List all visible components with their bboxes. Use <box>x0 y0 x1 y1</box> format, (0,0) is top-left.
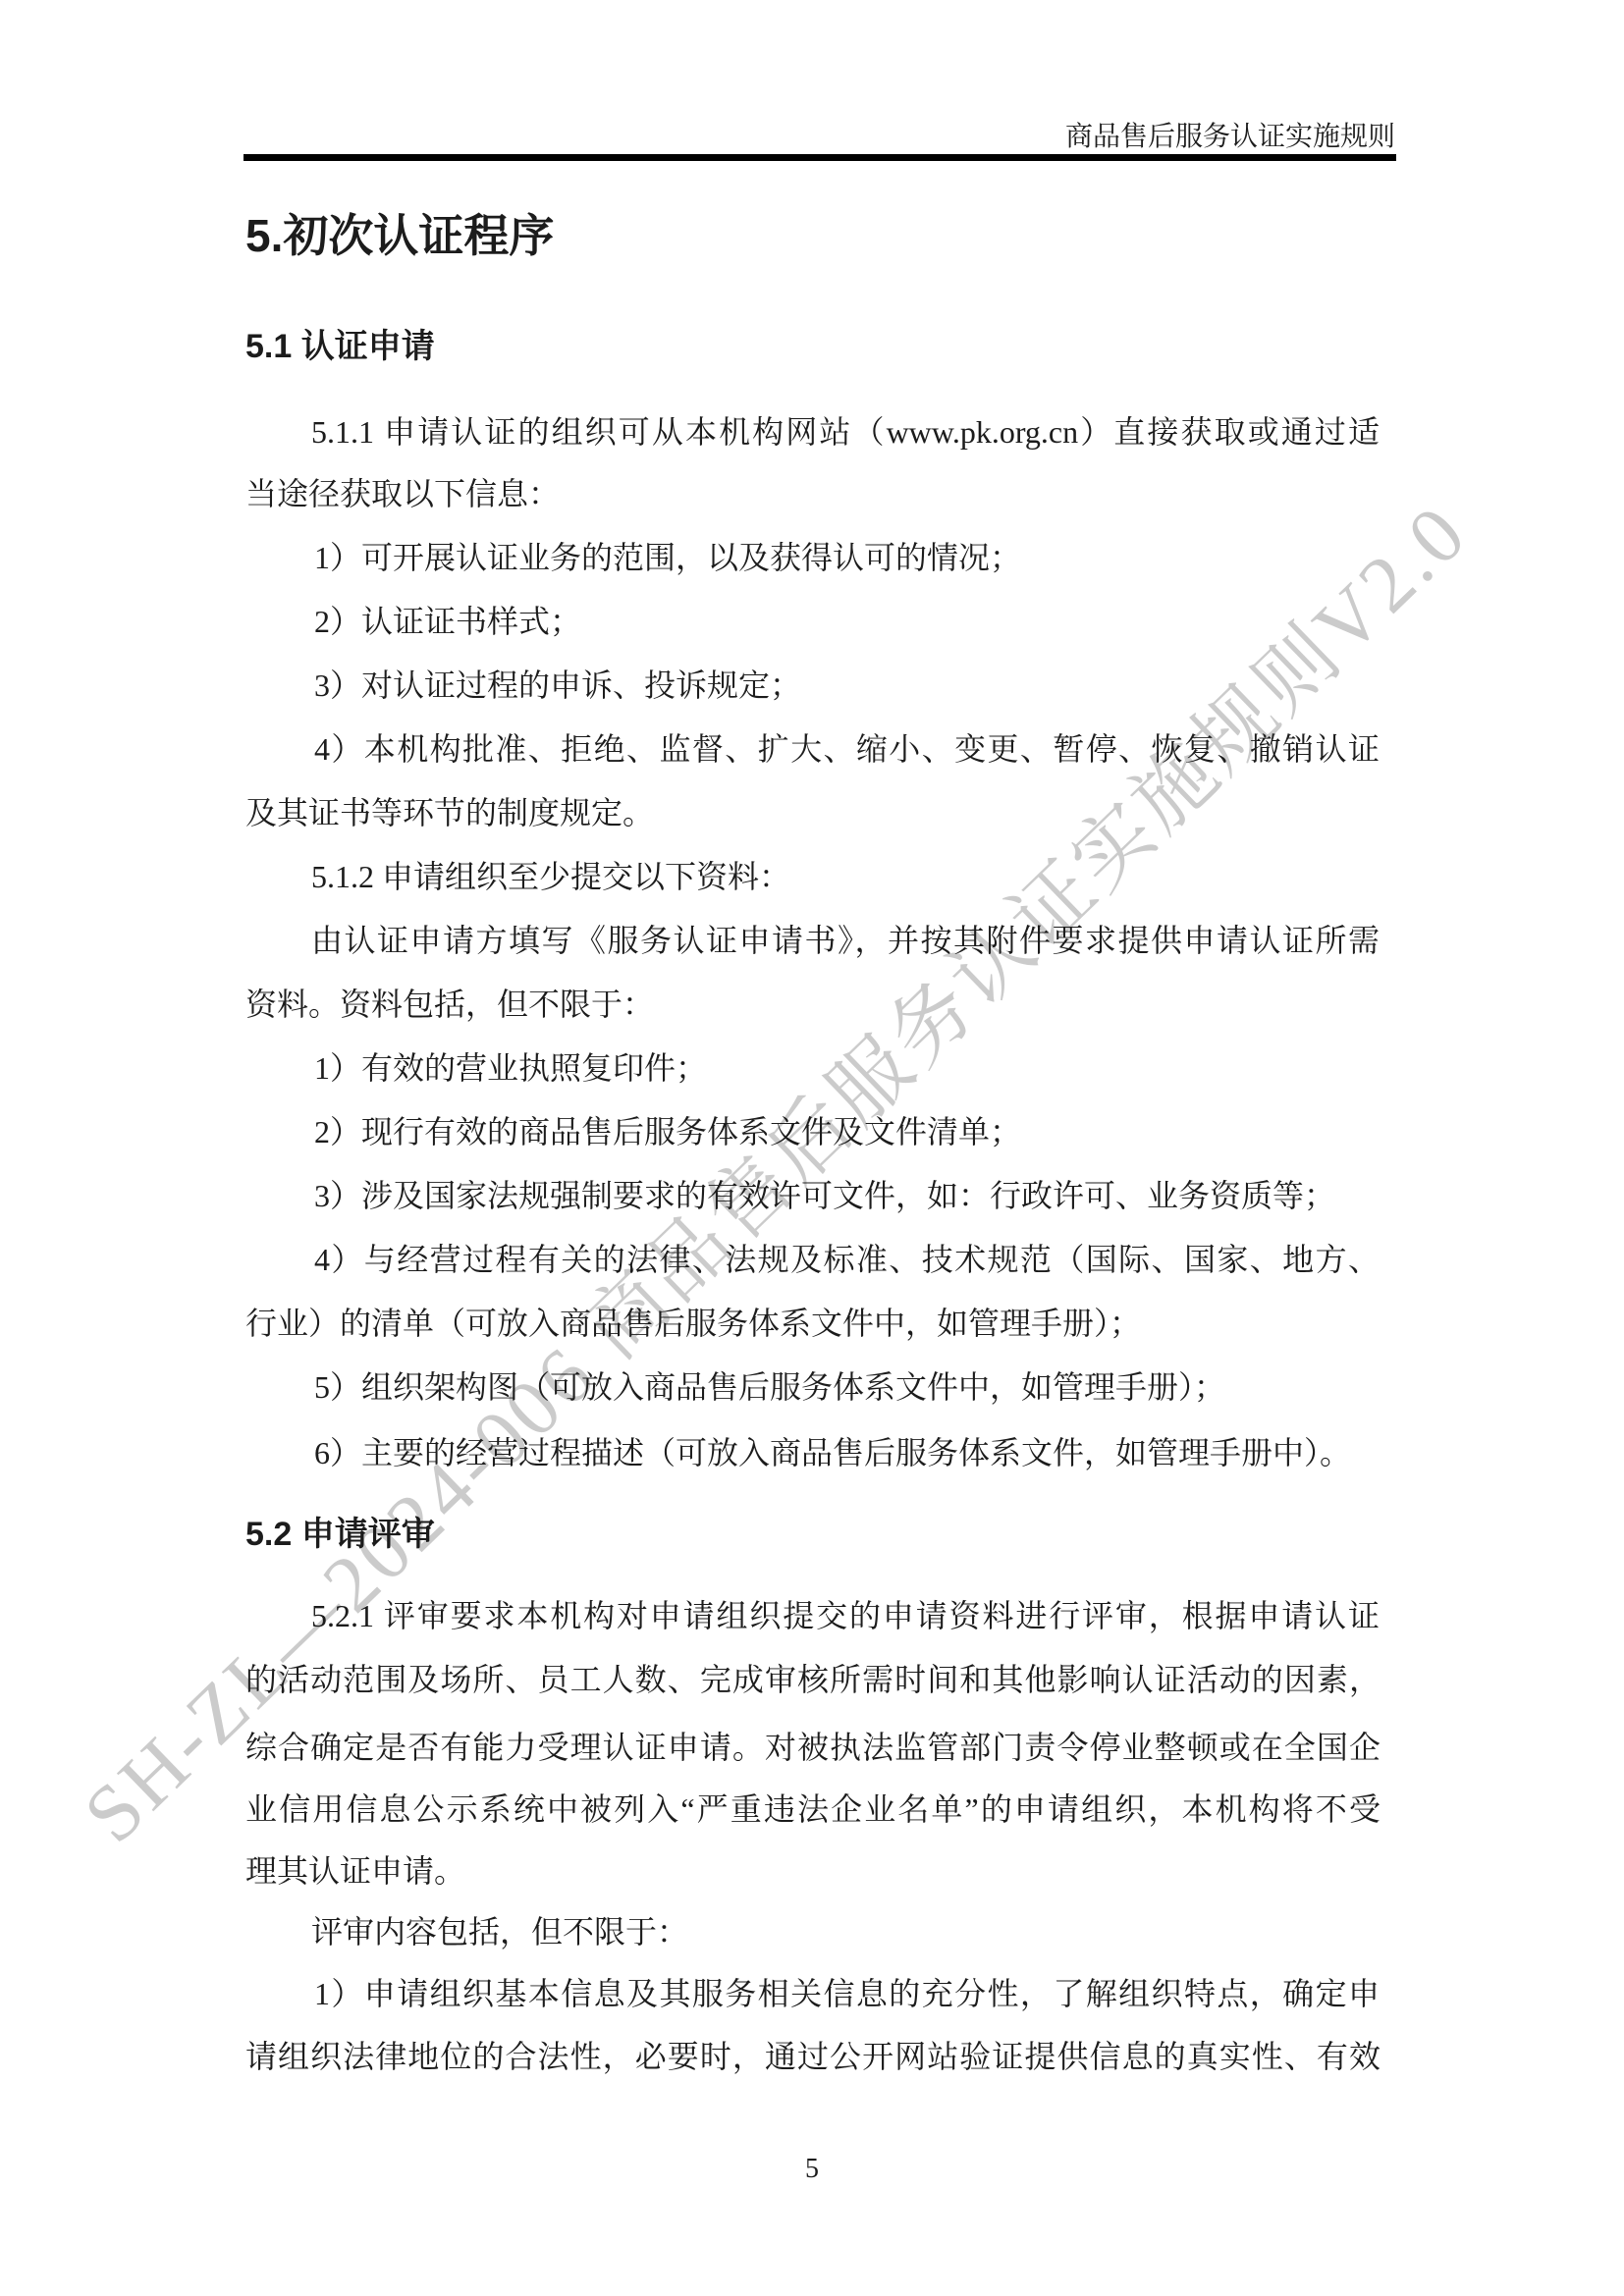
item-5-1-1-2: 2）认证证书样式； <box>314 603 581 640</box>
item-5-1-2-3: 3）涉及国家法规强制要求的有效许可文件，如：行政许可、业务资质等； <box>314 1177 1335 1214</box>
item-5-1-1-3: 3）对认证过程的申诉、投诉规定； <box>314 667 801 704</box>
para-review-content-intro: 评审内容包括，但不限于： <box>311 1913 688 1950</box>
document-page: { "header": { "title": "商品售后服务认证实施规则" },… <box>0 0 1624 2296</box>
section-5-2-heading: 5.2 申请评审 <box>245 1515 435 1554</box>
page: SH-ZL—2024-006 商品售后服务认证实施规则V2.0 商品售后服务认证… <box>0 0 1624 2296</box>
page-header-title: 商品售后服务认证实施规则 <box>244 122 1395 153</box>
para-5-2-1-line-4: 业信用信息公示系统中被列入“严重违法企业名单”的申请组织，本机构将不受 <box>245 1790 1380 1828</box>
item-5-1-2-5: 5）组织架构图（可放入商品售后服务体系文件中，如管理手册）； <box>314 1368 1225 1406</box>
section-5-1-heading: 5.1 认证申请 <box>245 327 435 366</box>
item-review-1-line-1: 1）申请组织基本信息及其服务相关信息的充分性，了解组织特点，确定申 <box>314 1975 1380 2012</box>
chapter-title: 5.初次认证程序 <box>245 210 554 261</box>
para-5-1-1-line-1: 5.1.1 申请认证的组织可从本机构网站（www.pk.org.cn）直接获取或… <box>311 413 1380 451</box>
item-5-1-1-4-line-2: 及其证书等环节的制度规定。 <box>245 794 654 831</box>
para-5-1-1-line-2: 当途径获取以下信息： <box>245 475 560 512</box>
para-5-2-1-line-1: 5.2.1 评审要求本机构对申请组织提交的申请资料进行评审，根据申请认证 <box>311 1597 1380 1634</box>
item-5-1-2-2: 2）现行有效的商品售后服务体系文件及文件清单； <box>314 1113 1021 1150</box>
item-5-1-2-4-line-1: 4）与经营过程有关的法律、法规及标准、技术规范（国际、国家、地方、 <box>314 1241 1380 1278</box>
para-5-1-2-line-1: 由认证申请方填写《服务认证申请书》，并按其附件要求提供申请认证所需 <box>311 922 1380 959</box>
item-5-1-1-1: 1）可开展认证业务的范围，以及获得认可的情况； <box>314 539 1021 576</box>
item-5-1-1-4-line-1: 4）本机构批准、拒绝、监督、扩大、缩小、变更、暂停、恢复、撤销认证 <box>314 730 1380 768</box>
para-5-2-1-line-5: 理其认证申请。 <box>245 1852 465 1890</box>
para-5-1-2-line-2: 资料。资料包括，但不限于： <box>245 986 654 1023</box>
item-review-1-line-2: 请组织法律地位的合法性，必要时，通过公开网站验证提供信息的真实性、有效 <box>245 2038 1380 2075</box>
item-5-1-2-6: 6）主要的经营过程描述（可放入商品售后服务体系文件，如管理手册中）。 <box>314 1434 1351 1471</box>
para-5-2-1-line-2: 的活动范围及场所、员工人数、完成审核所需时间和其他影响认证活动的因素， <box>245 1661 1380 1698</box>
item-5-1-2-1: 1）有效的营业执照复印件； <box>314 1049 707 1087</box>
para-5-2-1-line-3: 综合确定是否有能力受理认证申请。对被执法监管部门责令停业整顿或在全国企 <box>245 1729 1380 1766</box>
page-number: 5 <box>0 2154 1624 2185</box>
header-rule <box>244 154 1396 161</box>
para-5-1-2-heading: 5.1.2 申请组织至少提交以下资料： <box>311 858 790 895</box>
item-5-1-2-4-line-2: 行业）的清单（可放入商品售后服务体系文件中，如管理手册）； <box>245 1305 1141 1342</box>
